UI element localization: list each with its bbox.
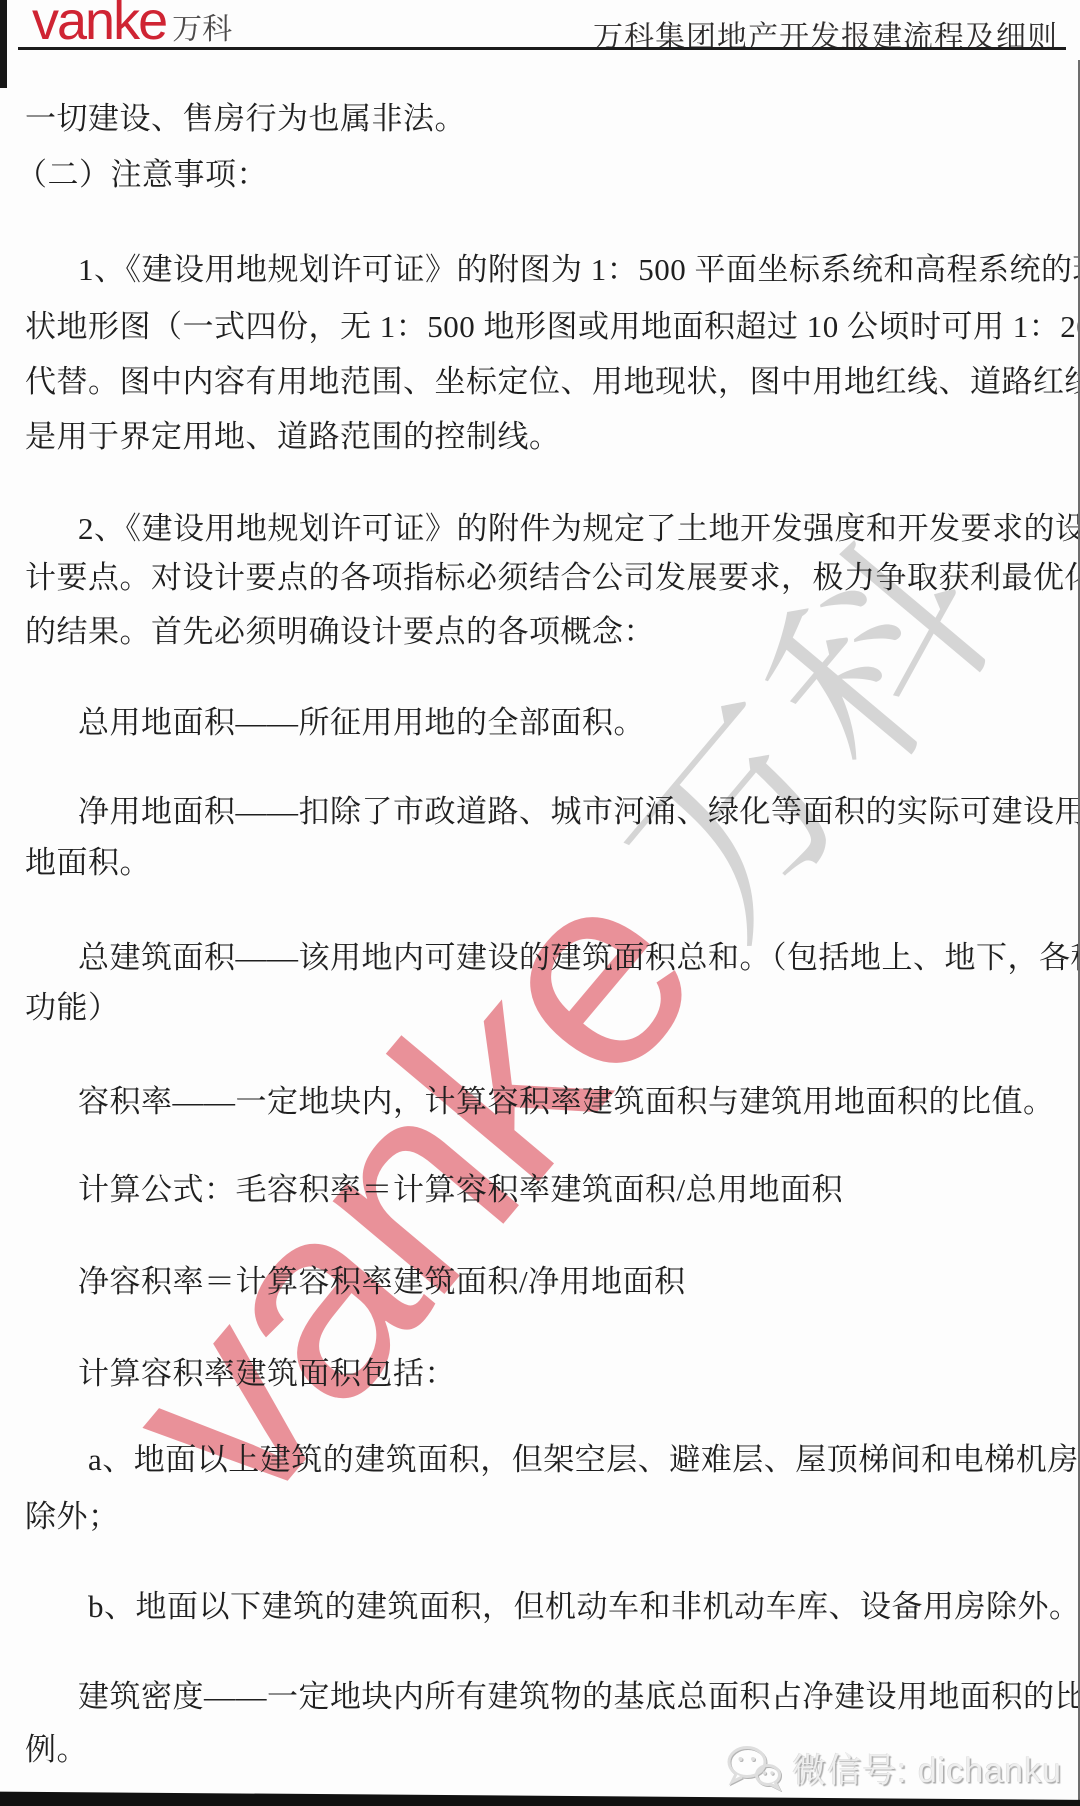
vanke-logo: vanke万科 bbox=[32, 0, 232, 52]
doc-line: 净容积率＝计算容积率建筑面积/净用地面积 bbox=[78, 1262, 686, 1302]
doc-line: 功能） bbox=[25, 988, 120, 1028]
doc-line: 计算公式：毛容积率＝计算容积率建筑面积/总用地面积 bbox=[78, 1170, 843, 1210]
scan-edge-left bbox=[0, 0, 7, 88]
doc-line: 地面积。 bbox=[25, 843, 151, 883]
doc-line: b、地面以下建筑的建筑面积，但机动车和非机动车库、设备用房除外。 bbox=[88, 1587, 1080, 1627]
doc-line: 代替。图中内容有用地范围、坐标定位、用地现状，图中用地红线、道路红线 bbox=[25, 362, 1080, 402]
doc-line: 例。 bbox=[25, 1730, 88, 1770]
doc-line: 净用地面积——扣除了市政道路、城市河涌、绿化等面积的实际可建设用 bbox=[78, 792, 1080, 832]
doc-line: 的结果。首先必须明确设计要点的各项概念： bbox=[25, 612, 655, 652]
page-header: vanke万科 万科集团地产开发报建流程及细则 bbox=[0, 0, 1080, 60]
header-divider-line bbox=[18, 47, 1066, 50]
doc-line: 总用地面积——所征用用地的全部面积。 bbox=[78, 703, 645, 743]
doc-line: 容积率——一定地块内，计算容积率建筑面积与建筑用地面积的比值。 bbox=[78, 1082, 1055, 1122]
vanke-logo-latin: vanke bbox=[32, 0, 166, 51]
wechat-id-watermark: 微信号: dichanku bbox=[726, 1743, 1062, 1792]
wechat-id-text: 微信号: dichanku bbox=[792, 1743, 1062, 1792]
doc-line: 计要点。对设计要点的各项指标必须结合公司发展要求，极力争取获利最优化 bbox=[25, 558, 1080, 598]
doc-line: 1、《建设用地规划许可证》的附图为 1：500 平面坐标系统和高程系统的现 bbox=[78, 250, 1080, 290]
wechat-icon bbox=[726, 1745, 782, 1791]
document-page: vanke 万科 vanke万科 万科集团地产开发报建流程及细则 一切建设、售房… bbox=[0, 0, 1080, 1806]
vanke-logo-cjk: 万科 bbox=[172, 13, 232, 46]
doc-line: 一切建设、售房行为也属非法。 bbox=[25, 99, 466, 139]
doc-line: 是用于界定用地、道路范围的控制线。 bbox=[25, 417, 561, 457]
doc-line: 建筑密度——一定地块内所有建筑物的基底总面积占净建设用地面积的比 bbox=[78, 1677, 1080, 1717]
doc-line: 计算容积率建筑面积包括： bbox=[78, 1354, 456, 1394]
doc-line: 状地形图（一式四份，无 1：500 地形图或用地面积超过 10 公顷时可用 1：… bbox=[25, 307, 1080, 347]
scan-edge-bottom bbox=[0, 1790, 1080, 1806]
doc-line: 2、《建设用地规划许可证》的附件为规定了土地开发强度和开发要求的设 bbox=[78, 509, 1080, 549]
doc-line: （二）注意事项： bbox=[16, 155, 268, 195]
doc-line: a、地面以上建筑的建筑面积，但架空层、避难层、屋顶梯间和电梯机房 bbox=[88, 1440, 1079, 1480]
doc-line: 总建筑面积——该用地内可建设的建筑面积总和。（包括地上、地下，各种 bbox=[78, 938, 1080, 978]
doc-line: 除外； bbox=[25, 1497, 120, 1537]
